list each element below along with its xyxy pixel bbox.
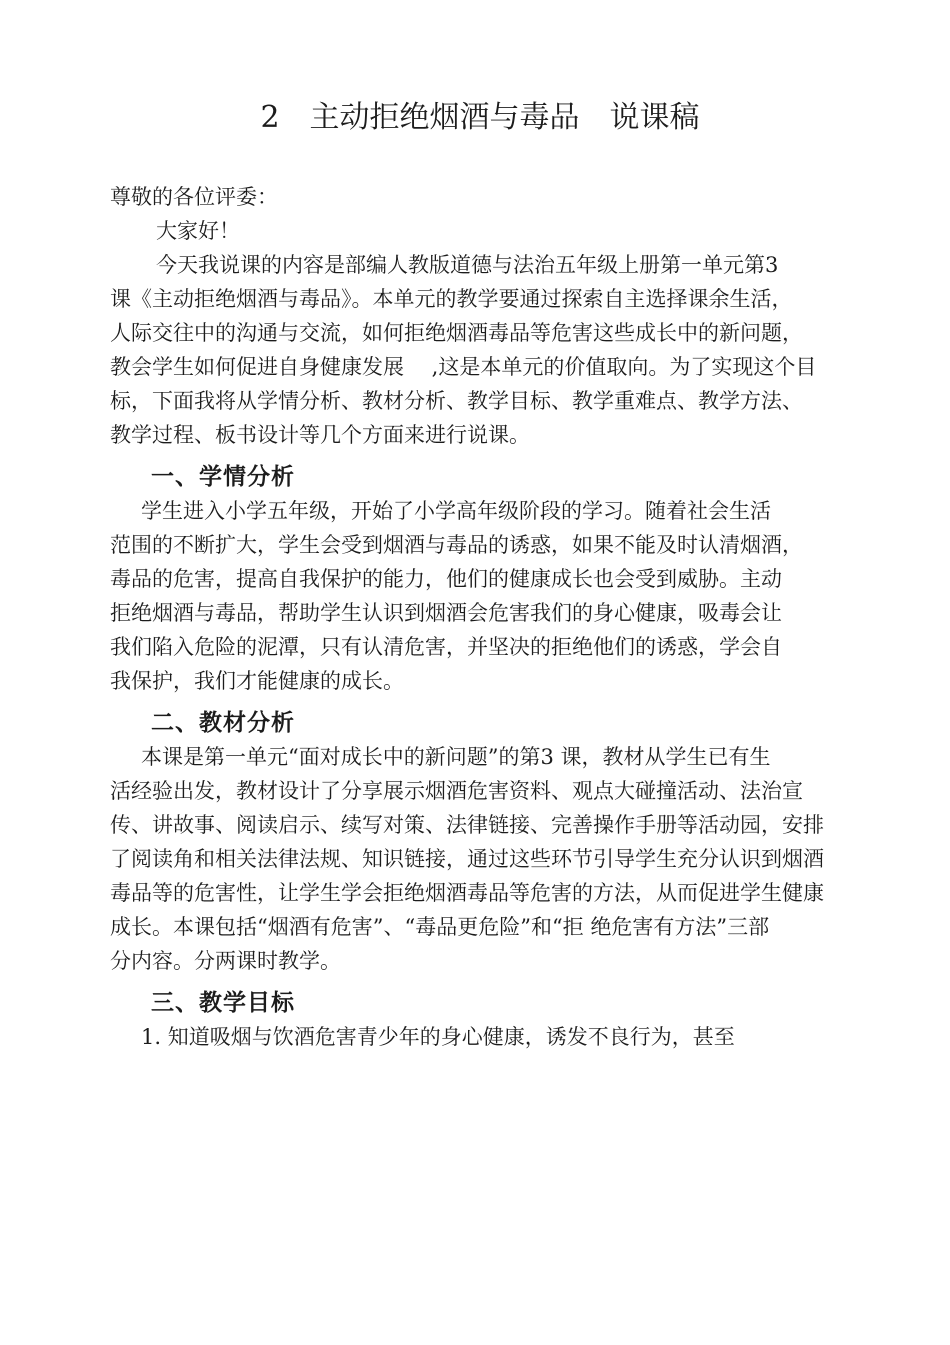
paragraph-line: 今天我说课的内容是部编人教版道德与法治五年级上册第一单元第3 [110,248,850,282]
paragraph-line: 分内容。分两课时教学。 [110,944,850,978]
paragraph-line: 毒品等的危害性，让学生学会拒绝烟酒毒品等危害的方法，从而促进学生健康 [110,876,850,910]
paragraph-line: 范围的不断扩大，学生会受到烟酒与毒品的诱惑，如果不能及时认清烟酒， [110,528,850,562]
paragraph-line: 传、讲故事、阅读启示、续写对策、法律链接、完善操作手册等活动园，安排 [110,808,850,842]
section-heading-jiaocai-fenxi: 二、教材分析 [110,706,850,740]
paragraph-line: 了阅读角和相关法律法规、知识链接，通过这些环节引导学生充分认识到烟酒 [110,842,850,876]
paragraph-line: 我保护，我们才能健康的成长。 [110,664,850,698]
objective-item-1: 1. 知道吸烟与饮酒危害青少年的身心健康，诱发不良行为，甚至 [110,1020,850,1054]
paragraph-line: 本课是第一单元“面对成长中的新问题”的第3 课，教材从学生已有生 [110,740,850,774]
section-heading-xueqing-fenxi: 一、学情分析 [110,460,850,494]
paragraph-line: 教会学生如何促进自身健康发展 ,这是本单元的价值取向。为了实现这个目 [110,350,850,384]
paragraph-line: 标，下面我将从学情分析、教材分析、教学目标、教学重难点、教学方法、 [110,384,850,418]
paragraph-line: 人际交往中的沟通与交流，如何拒绝烟酒毒品等危害这些成长中的新问题， [110,316,850,350]
paragraph-line: 课《主动拒绝烟酒与毒品》。本单元的教学要通过探索自主选择课余生活， [110,282,850,316]
paragraph-line: 活经验出发，教材设计了分享展示烟酒危害资料、观点大碰撞活动、法治宣 [110,774,850,808]
paragraph-line: 成长。本课包括“烟酒有危害”、“毒品更危险”和“拒 绝危害有方法”三部 [110,910,850,944]
greeting-line: 大家好！ [110,214,850,248]
section-heading-jiaoxue-mubiao: 三、教学目标 [110,986,850,1020]
paragraph-line: 毒品的危害，提高自我保护的能力，他们的健康成长也会受到威胁。主动 [110,562,850,596]
salutation: 尊敬的各位评委： [110,180,850,214]
paragraph-line: 教学过程、板书设计等几个方面来进行说课。 [110,418,850,452]
document-title: 2 主动拒绝烟酒与毒品 说课稿 [110,98,850,138]
paragraph-line: 学生进入小学五年级，开始了小学高年级阶段的学习。随着社会生活 [110,494,850,528]
document-page: 2 主动拒绝烟酒与毒品 说课稿 尊敬的各位评委： 大家好！ 今天我说课的内容是部… [0,0,950,1345]
paragraph-line: 我们陷入危险的泥潭，只有认清危害，并坚决的拒绝他们的诱惑，学会自 [110,630,850,664]
paragraph-line: 拒绝烟酒与毒品，帮助学生认识到烟酒会危害我们的身心健康，吸毒会让 [110,596,850,630]
